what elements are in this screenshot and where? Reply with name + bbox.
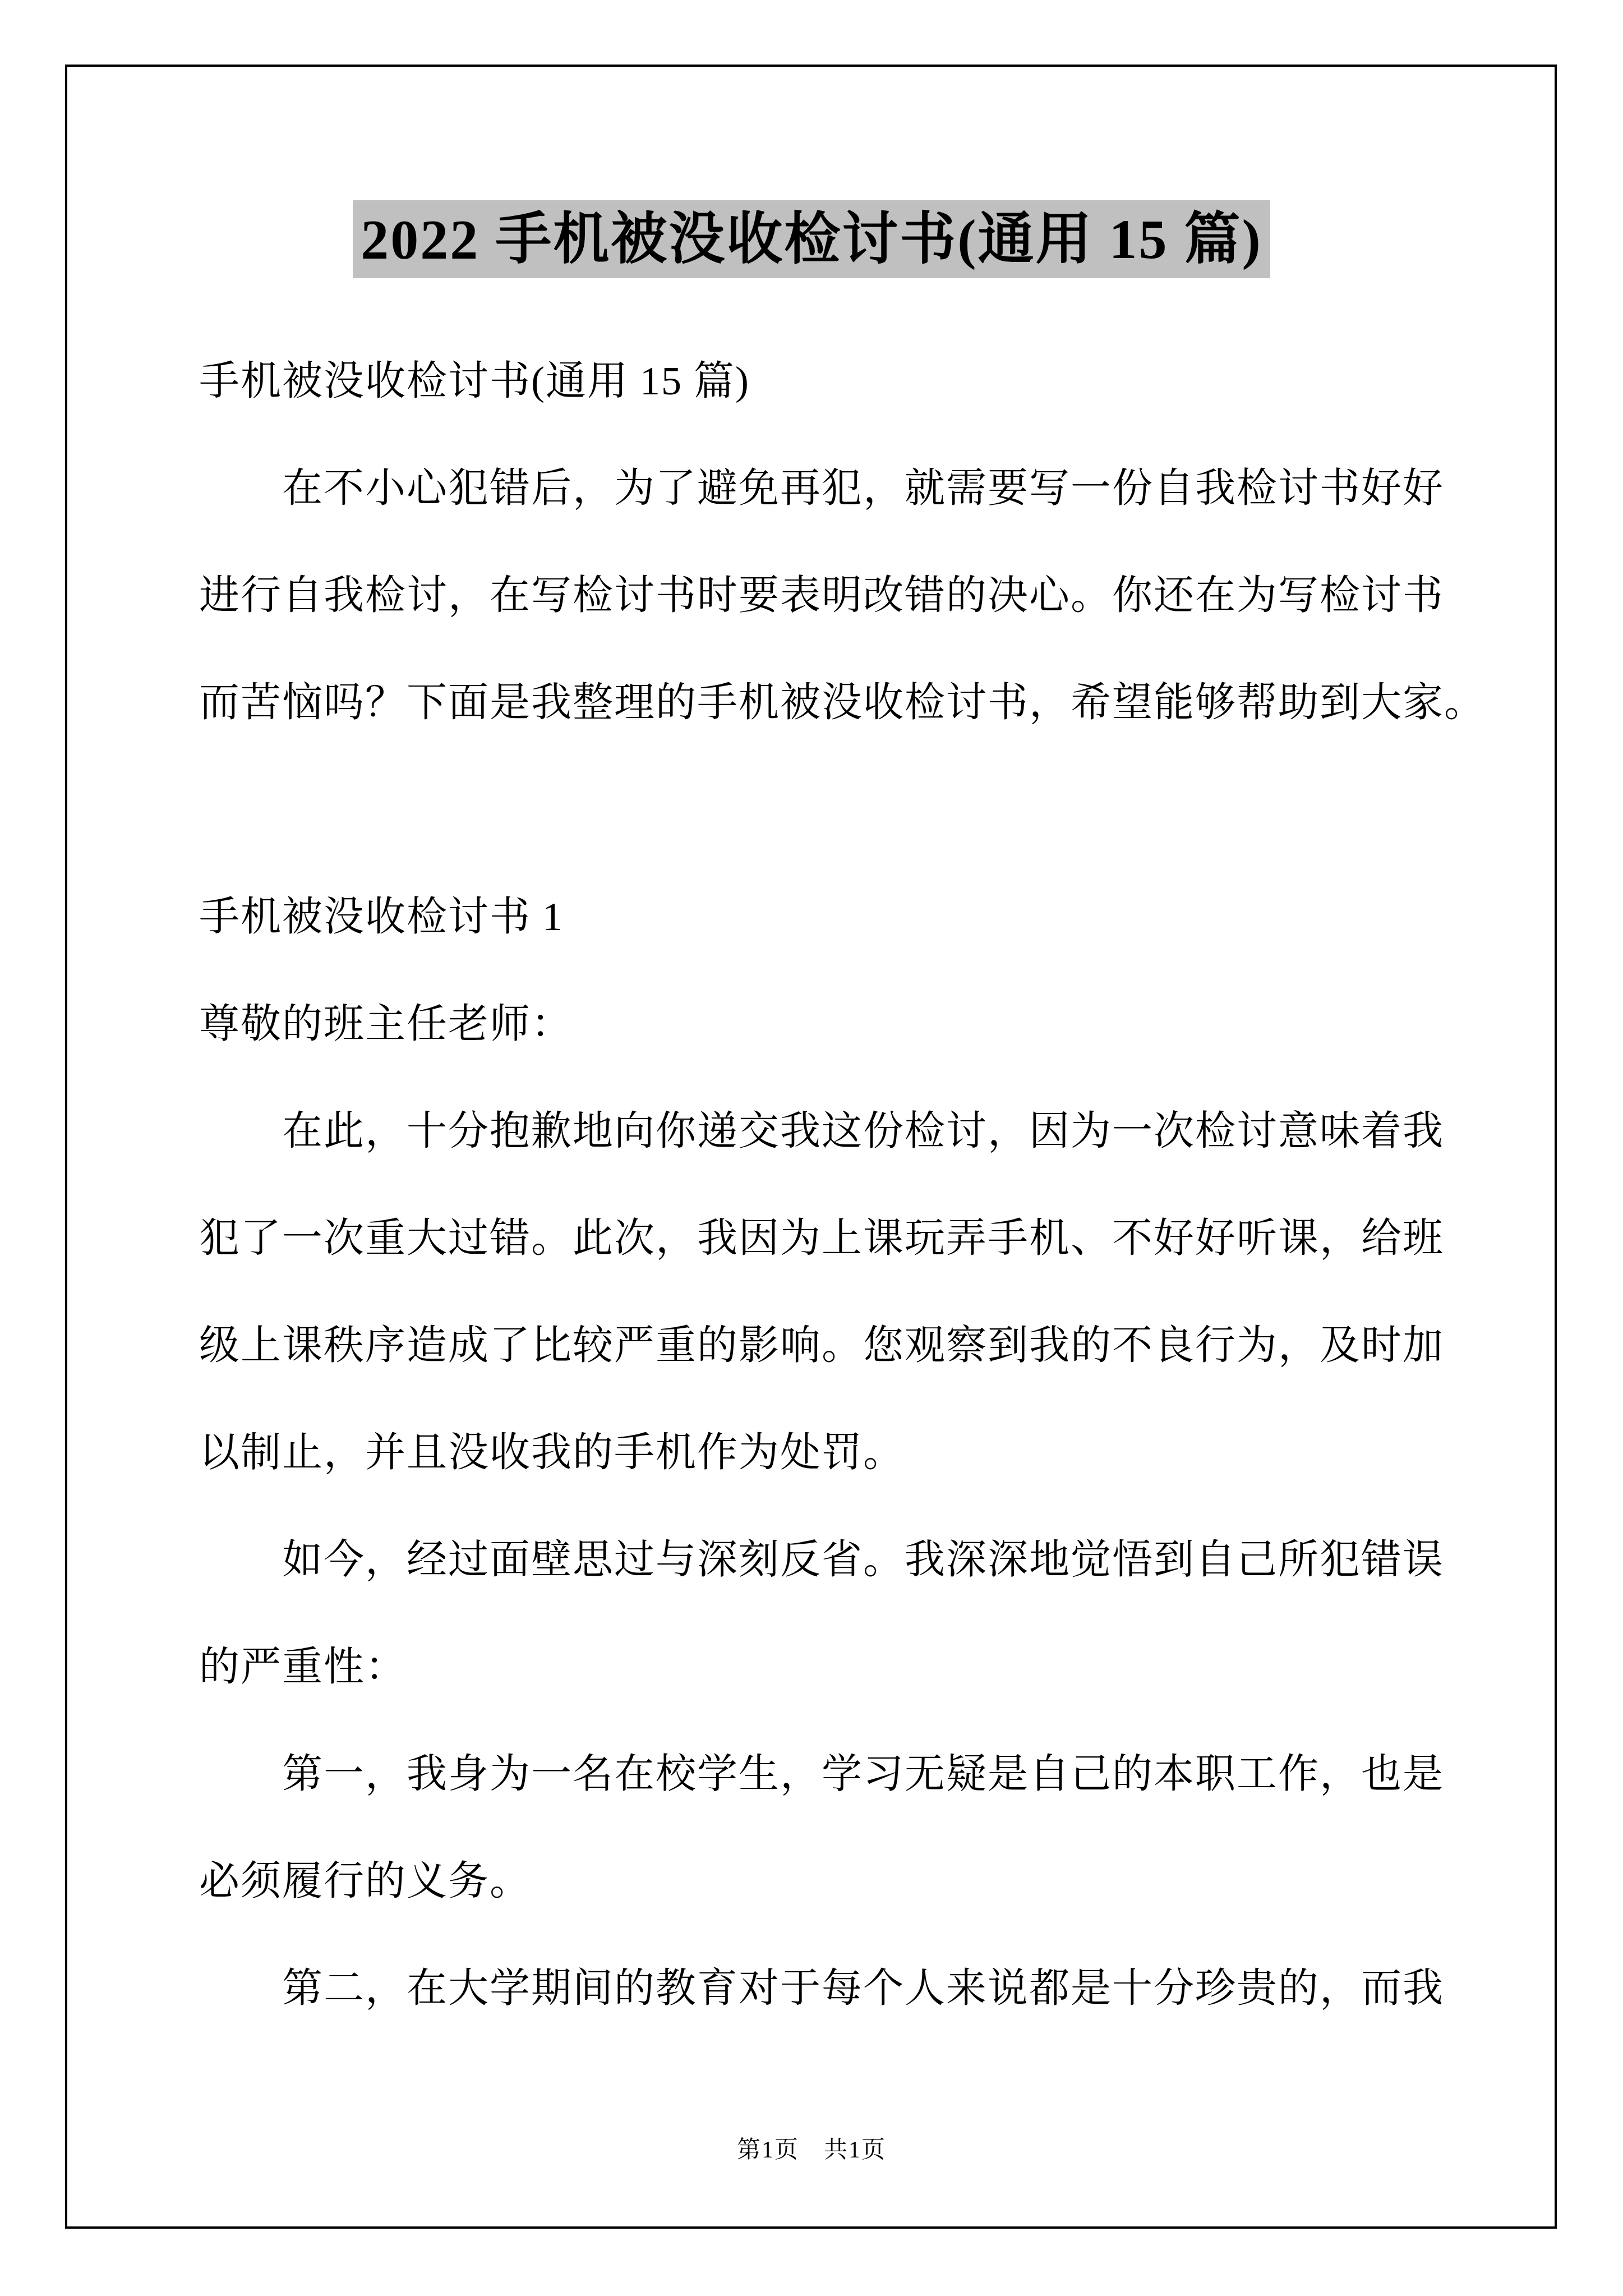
body-line: 如今，经过面壁思过与深刻反省。我深深地觉悟到自己所犯错误 xyxy=(199,1506,1483,1613)
body-line: 在此，十分抱歉地向你递交我这份检讨，因为一次检讨意味着我 xyxy=(199,1078,1483,1185)
body-line: 尊敬的班主任老师： xyxy=(199,970,1483,1078)
body-line: 手机被没收检讨书(通用 15 篇) xyxy=(199,328,1483,435)
body-line: 的严重性： xyxy=(199,1613,1483,1720)
body-line: 在不小心犯错后，为了避免再犯，就需要写一份自我检讨书好好 xyxy=(199,435,1483,542)
document-page: { "document": { "title": "2022 手机被没收检讨书(… xyxy=(0,0,1623,2296)
body-line: 必须履行的义务。 xyxy=(199,1828,1483,1935)
title-highlight: 2022 手机被没收检讨书(通用 15 篇) xyxy=(353,200,1270,278)
body-line: 级上课秩序造成了比较严重的影响。您观察到我的不良行为，及时加 xyxy=(199,1292,1483,1399)
body-line: 进行自我检讨，在写检讨书时要表明改错的决心。你还在为写检讨书 xyxy=(199,542,1483,649)
body-line: 第一，我身为一名在校学生，学习无疑是自己的本职工作，也是 xyxy=(199,1720,1483,1828)
document-title: 2022 手机被没收检讨书(通用 15 篇) xyxy=(0,200,1623,278)
body-line: 犯了一次重大过错。此次，我因为上课玩弄手机、不好好听课，给班 xyxy=(199,1185,1483,1292)
body-line: 手机被没收检讨书 1 xyxy=(199,863,1483,970)
body-line: 以制止，并且没收我的手机作为处罚。 xyxy=(199,1399,1483,1506)
page-footer: 第1页 共1页 xyxy=(0,2131,1623,2165)
body-line: 第二，在大学期间的教育对于每个人来说都是十分珍贵的，而我 xyxy=(199,1935,1483,2042)
document-body: 手机被没收检讨书(通用 15 篇)在不小心犯错后，为了避免再犯，就需要写一份自我… xyxy=(199,328,1483,2042)
body-line: 而苦恼吗？下面是我整理的手机被没收检讨书，希望能够帮助到大家。 xyxy=(199,649,1483,756)
body-line xyxy=(199,756,1483,863)
